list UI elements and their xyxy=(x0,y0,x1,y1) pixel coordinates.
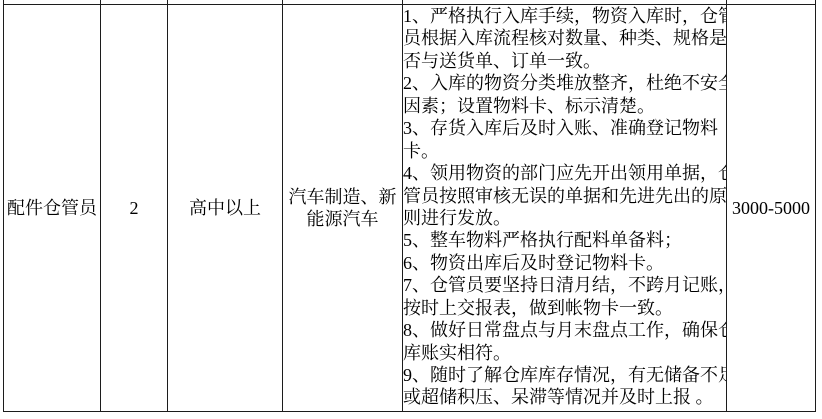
job-table-fragment: 配件仓管员 2 高中以上 汽车制造、新能源汽车 1、严格执行入库手续，物资入库时… xyxy=(0,0,822,419)
headcount-cell: 2 xyxy=(101,5,168,412)
duty-line: 或超储积压、呆滞等情况并及时上报 。 xyxy=(403,386,726,408)
duty-line: 9、随时了解仓库库存情况，有无储备不足 xyxy=(403,364,726,386)
industry-cell: 汽车制造、新能源汽车 xyxy=(283,5,403,412)
duty-line: 员根据入库流程核对数量、种类、规格是 xyxy=(403,27,726,49)
duty-line: 管员按照审核无误的单据和先进先出的原 xyxy=(403,185,726,207)
job-table: 配件仓管员 2 高中以上 汽车制造、新能源汽车 1、严格执行入库手续，物资入库时… xyxy=(3,0,816,412)
duty-line: 则进行发放。 xyxy=(403,207,726,229)
duty-line: 7、仓管员要坚持日清月结，不跨月记账， xyxy=(403,274,726,296)
duty-line: 按时上交报表，做到帐物卡一致。 xyxy=(403,297,726,319)
duty-line: 5、整车物料严格执行配料单备料； xyxy=(403,229,726,251)
table-row: 配件仓管员 2 高中以上 汽车制造、新能源汽车 1、严格执行入库手续，物资入库时… xyxy=(4,5,816,412)
position-cell: 配件仓管员 xyxy=(4,5,101,412)
education-cell: 高中以上 xyxy=(168,5,283,412)
duties-cell: 1、严格执行入库手续，物资入库时，仓管 员根据入库流程核对数量、种类、规格是 否… xyxy=(403,5,727,412)
duty-line: 卡。 xyxy=(403,140,726,162)
duty-line: 否与送货单、订单一致。 xyxy=(403,50,726,72)
duty-line: 6、物资出库后及时登记物料卡。 xyxy=(403,252,726,274)
duty-line: 1、严格执行入库手续，物资入库时，仓管 xyxy=(403,5,726,27)
duty-line: 2、入库的物资分类堆放整齐，杜绝不安全 xyxy=(403,72,726,94)
duty-line: 库账实相符。 xyxy=(403,342,726,364)
duty-line: 8、做好日常盘点与月末盘点工作，确保仓 xyxy=(403,319,726,341)
salary-cell: 3000-5000 xyxy=(727,5,816,412)
duty-line: 3、存货入库后及时入账、准确登记物料 xyxy=(403,117,726,139)
duty-line: 4、领用物资的部门应先开出领用单据，仓 xyxy=(403,162,726,184)
duty-line: 因素；设置物料卡、标示清楚。 xyxy=(403,95,726,117)
